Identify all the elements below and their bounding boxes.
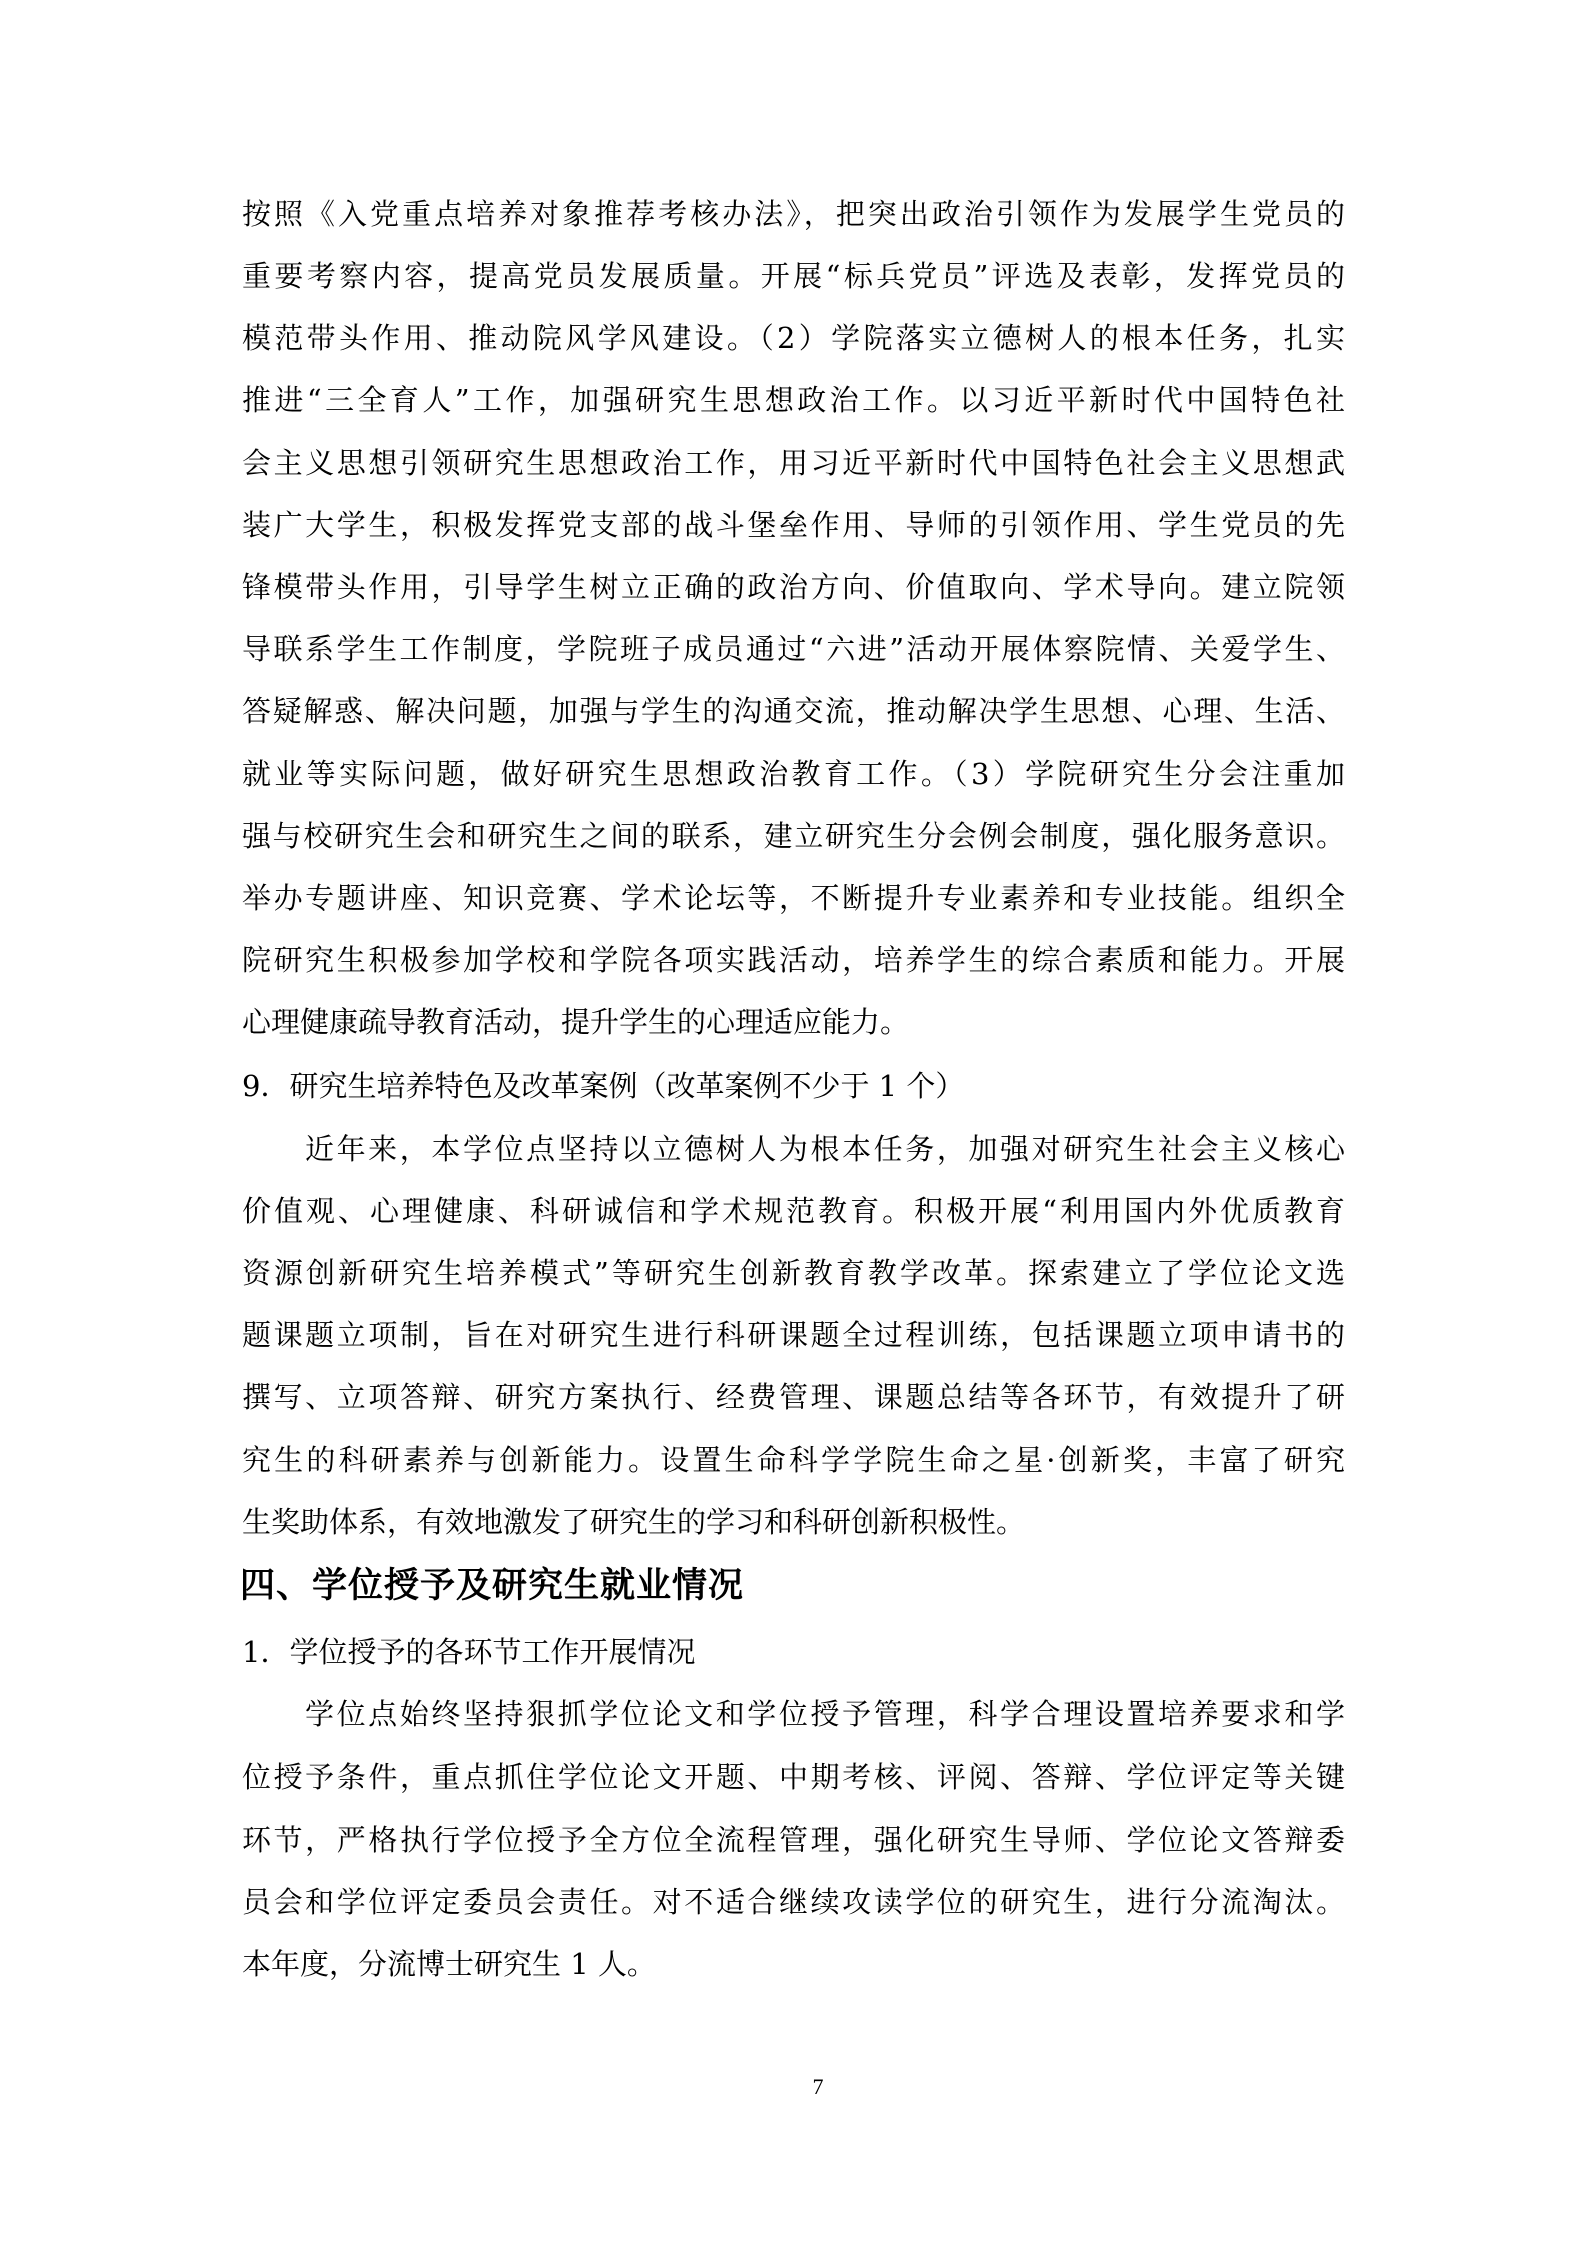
text-line: 就业等实际问题，做好研究生思想政治教育工作。（3）学院研究生分会注重加	[242, 754, 1345, 794]
text-line: 资源创新研究生培养模式”等研究生创新教育教学改革。探索建立了学位论文选	[242, 1253, 1345, 1293]
text-line: 生奖助体系，有效地激发了研究生的学习和科研创新积极性。	[242, 1502, 1345, 1542]
text-line: 撰写、立项答辩、研究方案执行、经费管理、课题总结等各环节，有效提升了研	[242, 1377, 1345, 1417]
text-line: 院研究生积极参加学校和学院各项实践活动，培养学生的综合素质和能力。开展	[242, 940, 1345, 980]
text-line: 究生的科研素养与创新能力。设置生命科学学院生命之星·创新奖，丰富了研究	[242, 1440, 1345, 1480]
text-line: 学位点始终坚持狠抓学位论文和学位授予管理，科学合理设置培养要求和学	[305, 1694, 1345, 1734]
text-line: 答疑解惑、解决问题，加强与学生的沟通交流，推动解决学生思想、心理、生活、	[242, 691, 1345, 731]
text-line: 装广大学生，积极发挥党支部的战斗堡垒作用、导师的引领作用、学生党员的先	[242, 505, 1345, 545]
text-line: 心理健康疏导教育活动，提升学生的心理适应能力。	[242, 1002, 1345, 1042]
section-9-title: 9．研究生培养特色及改革案例（改革案例不少于 1 个）	[242, 1066, 964, 1106]
section-4-heading: 四、学位授予及研究生就业情况	[240, 1564, 744, 1608]
subsection-1-title: 1．学位授予的各环节工作开展情况	[242, 1632, 695, 1672]
text-line: 位授予条件，重点抓住学位论文开题、中期考核、评阅、答辩、学位评定等关键	[242, 1757, 1345, 1797]
text-line: 模范带头作用、推动院风学风建设。（2）学院落实立德树人的根本任务，扎实	[242, 318, 1345, 358]
text-line: 举办专题讲座、知识竞赛、学术论坛等，不断提升专业素养和专业技能。组织全	[242, 878, 1345, 918]
page-number: 7	[806, 2072, 830, 2102]
text-line: 价值观、心理健康、科研诚信和学术规范教育。积极开展“利用国内外优质教育	[242, 1191, 1345, 1231]
text-line: 强与校研究生会和研究生之间的联系，建立研究生分会例会制度，强化服务意识。	[242, 816, 1345, 856]
document-page: 按照《入党重点培养对象推荐考核办法》，把突出政治引领作为发展学生党员的 重要考察…	[0, 0, 1587, 2245]
text-line: 员会和学位评定委员会责任。对不适合继续攻读学位的研究生，进行分流淘汰。	[242, 1882, 1345, 1922]
text-line: 按照《入党重点培养对象推荐考核办法》，把突出政治引领作为发展学生党员的	[242, 194, 1345, 234]
text-line: 近年来，本学位点坚持以立德树人为根本任务，加强对研究生社会主义核心	[305, 1129, 1345, 1169]
text-line: 锋模带头作用，引导学生树立正确的政治方向、价值取向、学术导向。建立院领	[242, 567, 1345, 607]
text-line: 本年度，分流博士研究生 1 人。	[242, 1944, 1345, 1984]
text-line: 导联系学生工作制度，学院班子成员通过“六进”活动开展体察院情、关爱学生、	[242, 629, 1345, 669]
text-line: 重要考察内容，提高党员发展质量。开展“标兵党员”评选及表彰，发挥党员的	[242, 256, 1345, 296]
text-line: 会主义思想引领研究生思想政治工作，用习近平新时代中国特色社会主义思想武	[242, 443, 1345, 483]
text-line: 推进“三全育人”工作，加强研究生思想政治工作。以习近平新时代中国特色社	[242, 380, 1345, 420]
text-line: 题课题立项制，旨在对研究生进行科研课题全过程训练，包括课题立项申请书的	[242, 1315, 1345, 1355]
text-line: 环节，严格执行学位授予全方位全流程管理，强化研究生导师、学位论文答辩委	[242, 1820, 1345, 1860]
